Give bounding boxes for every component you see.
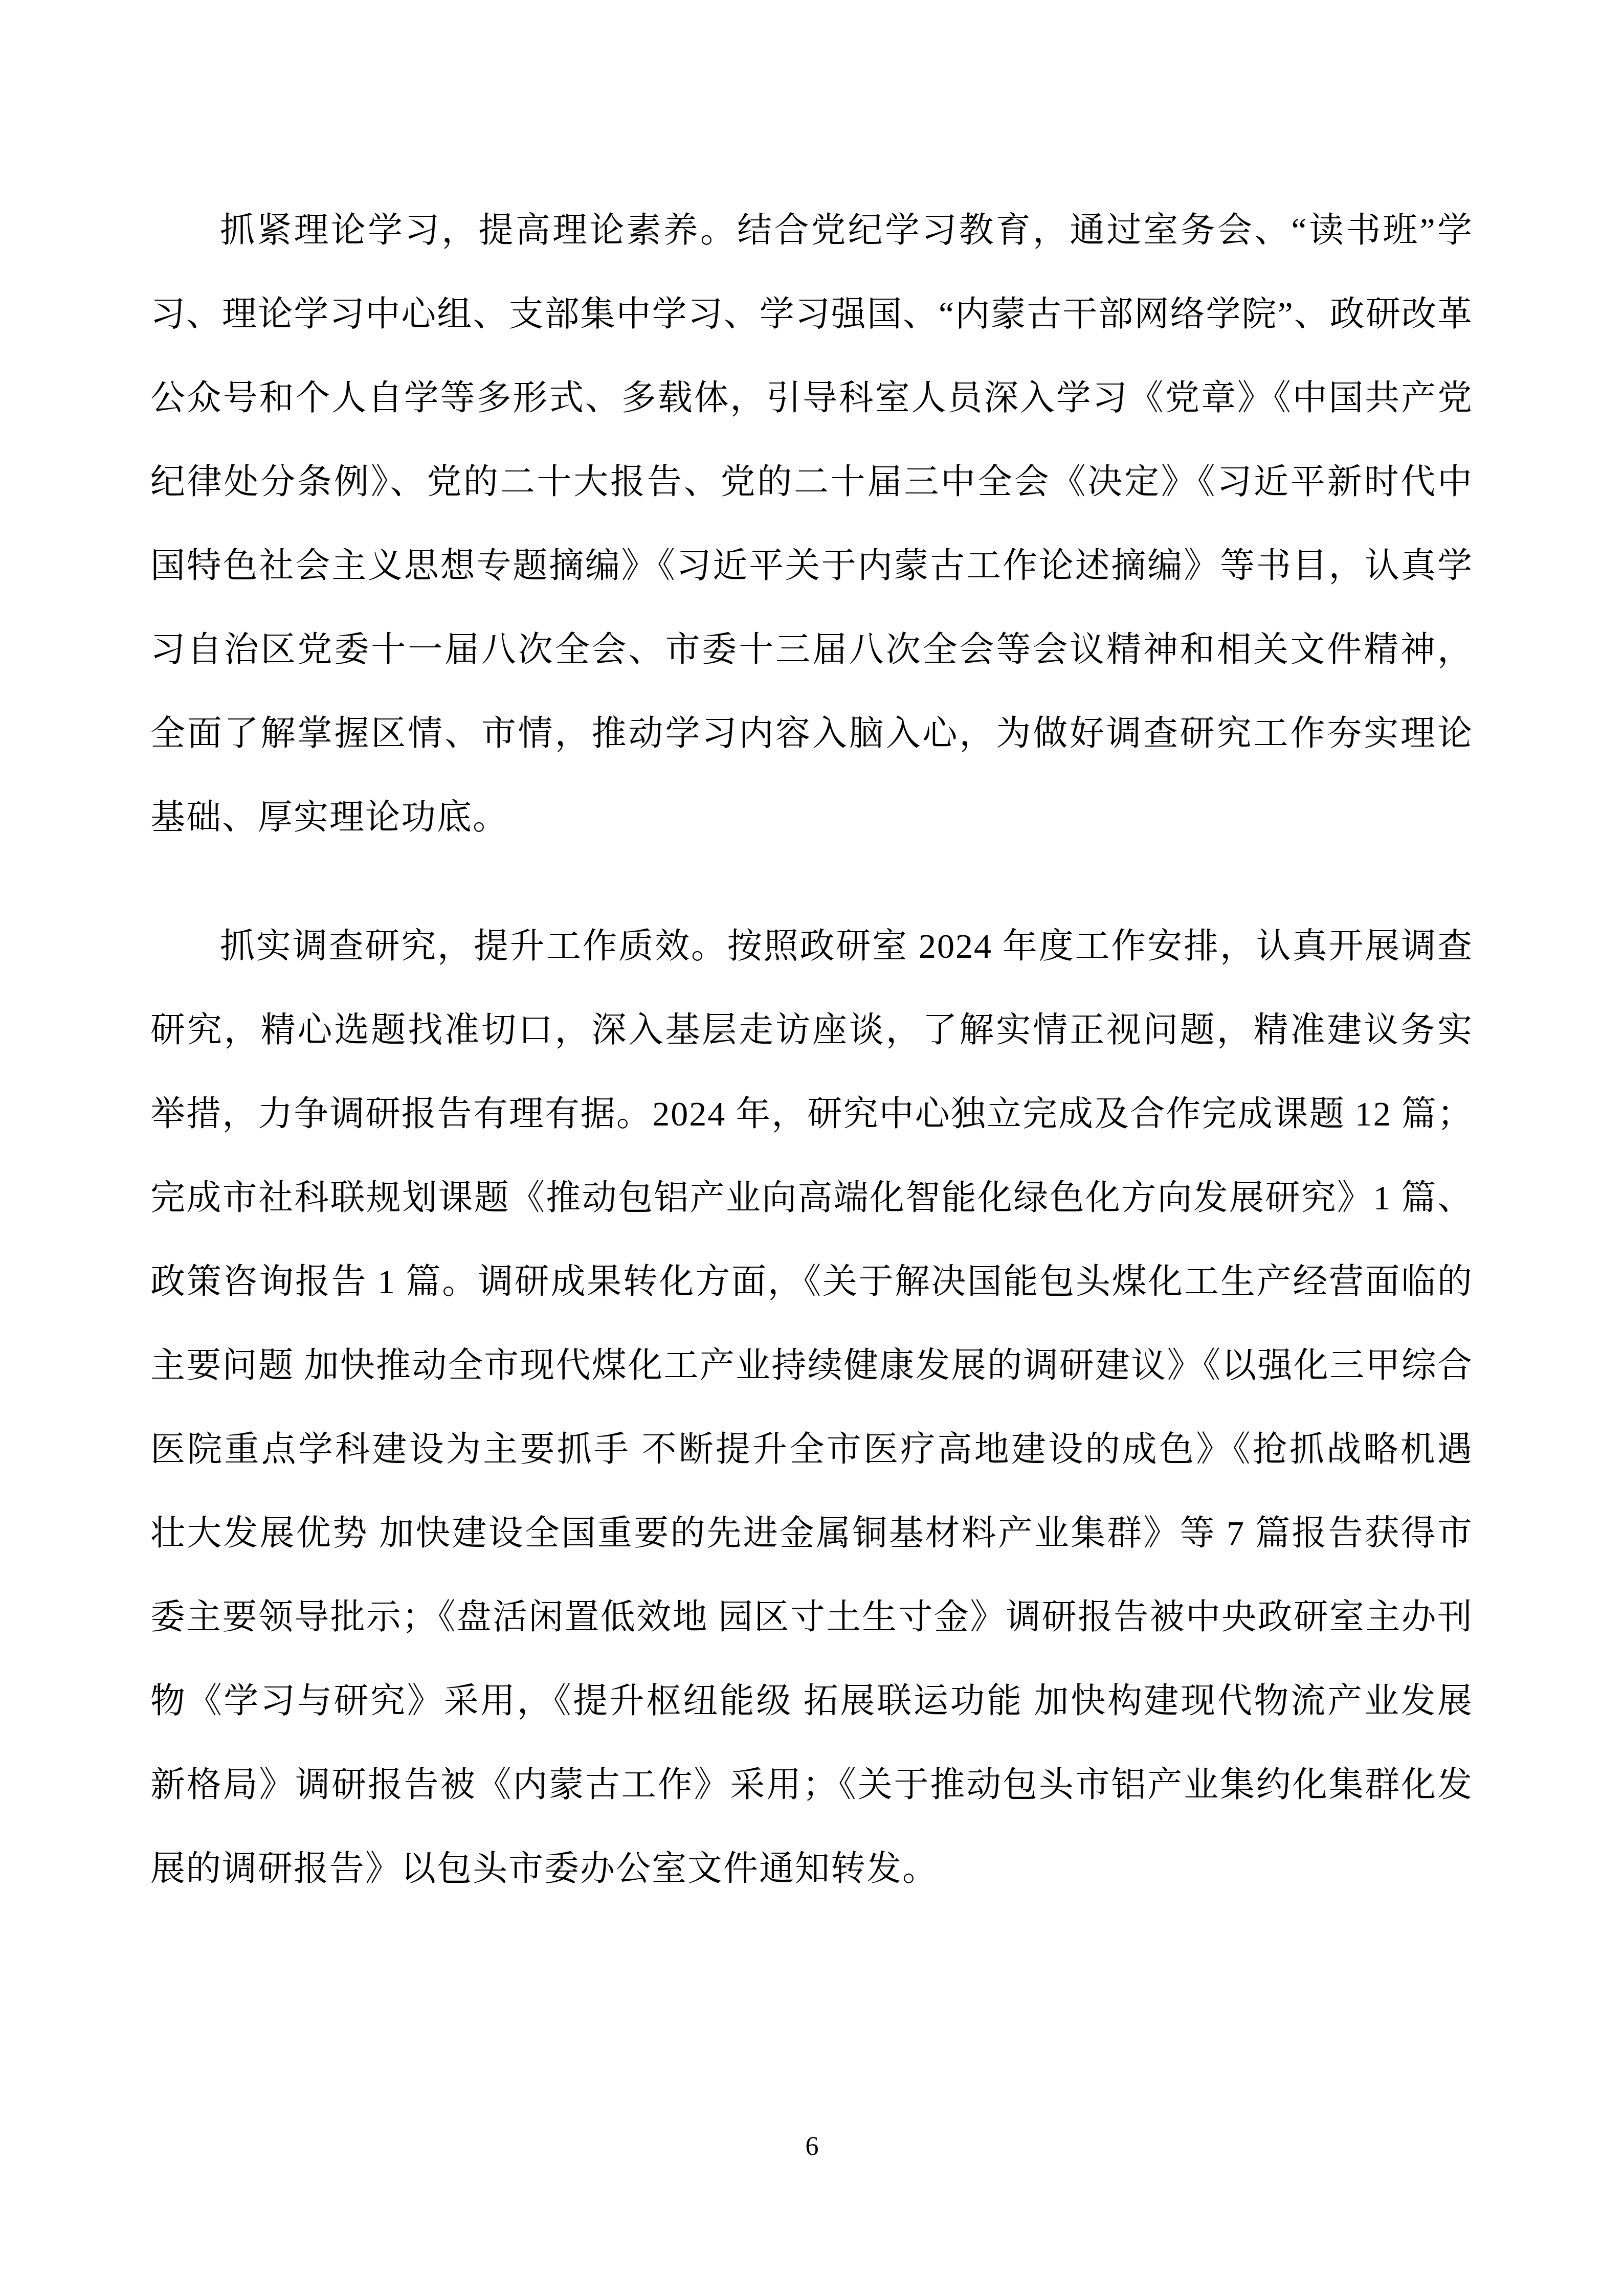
document-body: 抓紧理论学习，提高理论素养。结合党纪学习教育，通过室务会、“读书班”学习、理论学… xyxy=(150,188,1473,1910)
document-page: 抓紧理论学习，提高理论素养。结合党纪学习教育，通过室务会、“读书班”学习、理论学… xyxy=(0,0,1624,2296)
body-paragraph-research-work: 抓实调查研究，提升工作质效。按照政研室 2024 年度工作安排，认真开展调查研究… xyxy=(150,904,1473,1910)
page-number: 6 xyxy=(0,2131,1624,2162)
body-paragraph-theory-study: 抓紧理论学习，提高理论素养。结合党纪学习教育，通过室务会、“读书班”学习、理论学… xyxy=(150,188,1473,859)
